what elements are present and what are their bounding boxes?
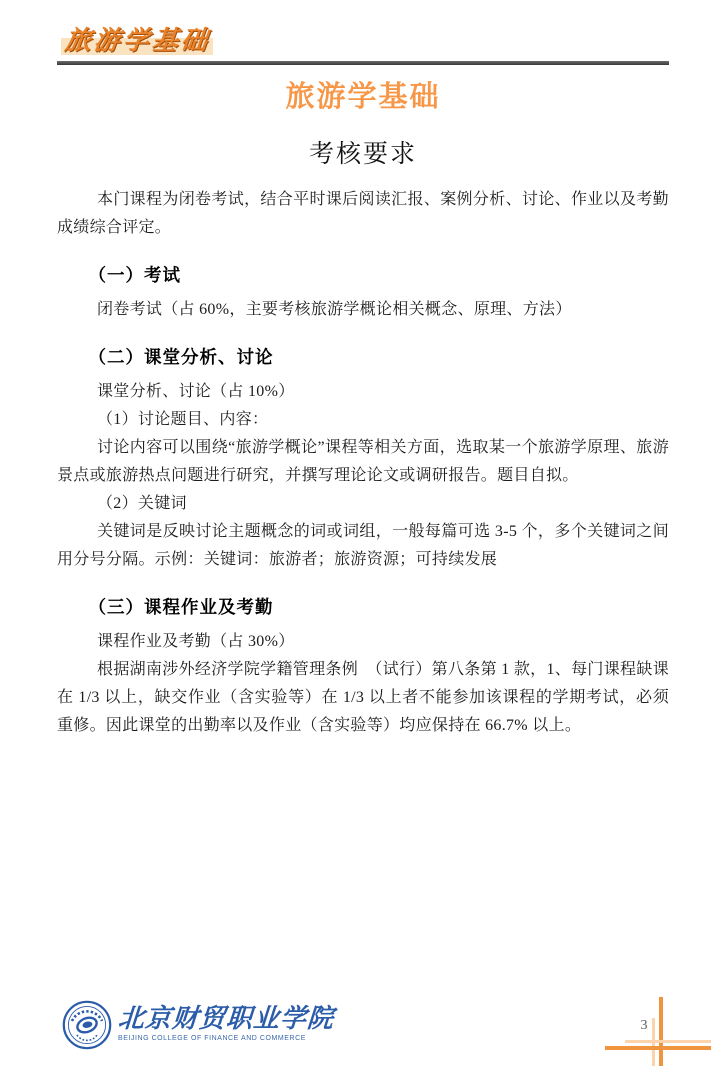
college-seal-icon: [62, 1000, 112, 1050]
corner-ornament-vertical-dark: [659, 997, 663, 1066]
paragraph: 本门课程为闭卷考试，结合平时课后阅读汇报、案例分析、讨论、作业以及考勤成绩综合评…: [57, 186, 669, 242]
paragraph: 课程作业及考勤（占 30%）: [57, 628, 669, 656]
college-name-en: BEIJING COLLEGE OF FINANCE AND COMMERCE: [118, 1035, 334, 1042]
paragraph: 根据湖南涉外经济学院学籍管理条例 （试行）第八条第 1 款，1、每门课程缺课在 …: [57, 656, 669, 740]
section-heading: （二）课堂分析、讨论: [57, 344, 669, 370]
running-header: 旅游学基础: [57, 24, 669, 65]
paragraph: 讨论内容可以围绕“旅游学概论”课程等相关方面，选取某一个旅游学原理、旅游景点或旅…: [57, 434, 669, 490]
paragraph: 课堂分析、讨论（占 10%）: [57, 378, 669, 406]
paragraph: （1）讨论题目、内容：: [57, 406, 669, 434]
page-number: 3: [636, 1018, 652, 1034]
paragraph: 闭卷考试（占 60%，主要考核旅游学概论相关概念、原理、方法）: [57, 296, 669, 324]
header-banner: 旅游学基础: [57, 24, 669, 60]
document-page: 旅游学基础 旅游学基础 考核要求 本门课程为闭卷考试，结合平时课后阅读汇报、案例…: [0, 0, 711, 1066]
section-heading: （三）课程作业及考勤: [57, 594, 669, 620]
college-logo: 北京财贸职业学院 BEIJING COLLEGE OF FINANCE AND …: [62, 1000, 334, 1050]
header-rule: [57, 61, 669, 65]
page-title: 旅游学基础: [57, 80, 669, 114]
document-body: 本门课程为闭卷考试，结合平时课后阅读汇报、案例分析、讨论、作业以及考勤成绩综合评…: [57, 186, 669, 740]
corner-ornament-horizontal-dark: [605, 1046, 711, 1050]
section-heading: （一）考试: [57, 262, 669, 288]
corner-ornament-horizontal-light: [625, 1040, 711, 1043]
document-content: 旅游学基础 考核要求 本门课程为闭卷考试，结合平时课后阅读汇报、案例分析、讨论、…: [57, 80, 669, 740]
college-name-cn: 北京财贸职业学院: [117, 1004, 335, 1034]
running-title: 旅游学基础: [55, 24, 212, 58]
paragraph: 关键词是反映讨论主题概念的词或词组，一般每篇可选 3-5 个，多个关键词之间用分…: [57, 518, 669, 574]
page-subtitle: 考核要求: [57, 138, 669, 170]
paragraph: （2）关键词: [57, 490, 669, 518]
college-name-block: 北京财贸职业学院 BEIJING COLLEGE OF FINANCE AND …: [118, 1000, 334, 1042]
